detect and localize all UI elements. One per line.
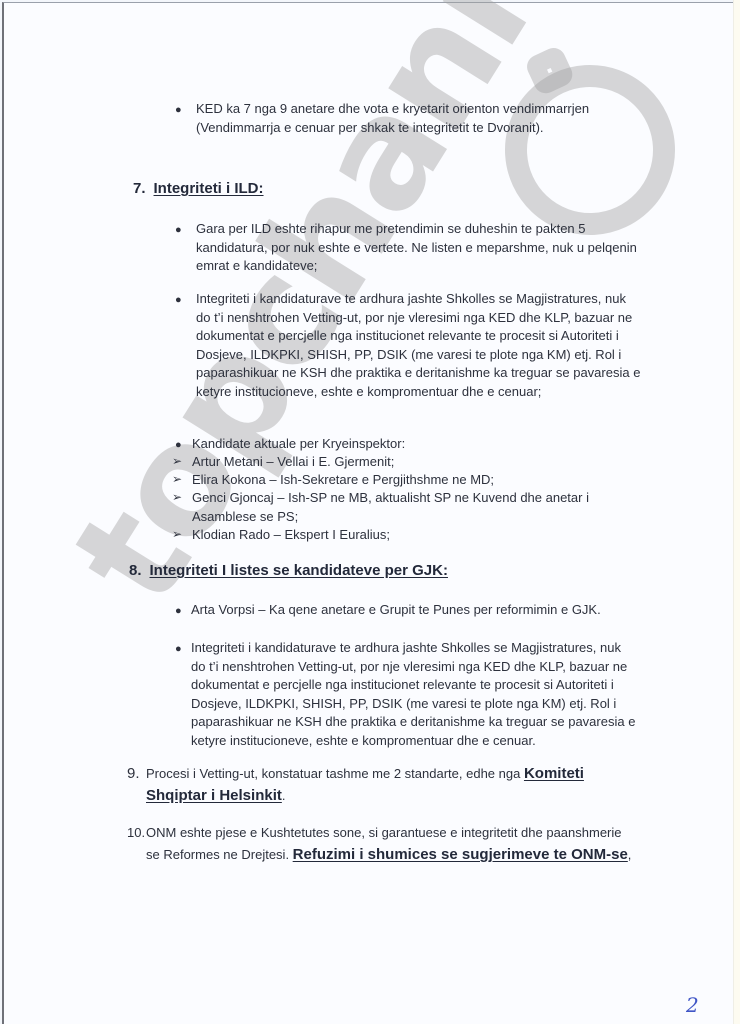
bullet-icon: ●: [175, 104, 182, 116]
text-line: Kandidate aktuale per Kryeinspektor:: [192, 435, 405, 454]
text-line: (Vendimmarrja e cenuar per shkak te inte…: [196, 119, 589, 138]
section-8-heading: 8.Integriteti I listes se kandidateve pe…: [129, 562, 448, 579]
section-9-text: Procesi i Vetting-ut, konstatuar tashme …: [146, 766, 524, 781]
text-line: Genci Gjoncaj – Ish-SP ne MB, aktualisht…: [192, 489, 589, 508]
intro-bullet-text: KED ka 7 nga 9 anetare dhe vota e kryeta…: [196, 100, 589, 137]
text-line: Elira Kokona – Ish-Sekretare e Pergjiths…: [192, 471, 494, 490]
text-line: Arta Vorpsi – Ka qene anetare e Grupit t…: [191, 601, 601, 620]
arrow-bullet-icon: ➢: [172, 472, 182, 486]
bullet-icon: ●: [175, 439, 182, 451]
section-10-text: ONM eshte pjese e Kushtetutes sone, si g…: [146, 825, 622, 840]
text-line: dokumentat e percjelle nga institucionet…: [191, 676, 635, 695]
text-line: Gara per ILD eshte rihapur me pretendimi…: [196, 220, 637, 239]
text-line: paparashikuar ne KSH dhe praktika e deri…: [196, 364, 640, 383]
section-9-text-end: .: [282, 788, 286, 803]
section-7-bullet-2: Integriteti i kandidaturave te ardhura j…: [196, 290, 640, 402]
text-line: Asamblese se PS;: [192, 508, 589, 527]
text-line: ketyre institucioneve, eshte e kompromen…: [191, 732, 635, 751]
text-line: ketyre institucioneve, eshte e kompromen…: [196, 383, 640, 402]
bullet-icon: ●: [175, 643, 182, 655]
section-8-bullet-2: Integriteti i kandidaturave te ardhura j…: [191, 639, 635, 751]
arrow-bullet-icon: ➢: [172, 454, 182, 468]
section-title: Integriteti I listes se kandidateve per …: [150, 562, 448, 579]
text-line: Artur Metani – Vellai i E. Gjermenit;: [192, 453, 394, 472]
candidate-item: Artur Metani – Vellai i E. Gjermenit;: [192, 453, 394, 472]
bullet-icon: ●: [175, 294, 182, 306]
section-title: Integriteti i ILD:: [154, 180, 264, 197]
text-line: do t’i nenshtrohen Vetting-ut, por nje v…: [196, 309, 640, 328]
section-7-heading: 7.Integriteti i ILD:: [133, 180, 264, 197]
text-line: kandidatura, por nuk eshte e vertete. Ne…: [196, 239, 637, 258]
bullet-icon: ●: [175, 224, 182, 236]
section-9: 9. Procesi i Vetting-ut, konstatuar tash…: [127, 763, 597, 807]
section-9-emphasis: Shqiptar i Helsinkit: [146, 787, 282, 804]
candidate-item: Elira Kokona – Ish-Sekretare e Pergjiths…: [192, 471, 494, 490]
text-line: dokumentat e percjelle nga institucionet…: [196, 327, 640, 346]
page-edge: [733, 0, 740, 1024]
bullet-icon: ●: [175, 605, 182, 617]
arrow-bullet-icon: ➢: [172, 527, 182, 541]
text-line: Integriteti i kandidaturave te ardhura j…: [191, 639, 635, 658]
text-line: KED ka 7 nga 9 anetare dhe vota e kryeta…: [196, 100, 589, 119]
section-number: 9.: [127, 763, 140, 785]
candidate-item: Klodian Rado – Ekspert I Euralius;: [192, 526, 390, 545]
section-10-text-end: ,: [628, 847, 632, 862]
section-10-text: se Reformes ne Drejtesi.: [146, 847, 293, 862]
section-7-bullet-3: Kandidate aktuale per Kryeinspektor:: [192, 435, 405, 454]
section-10-emphasis: Refuzimi i shumices se sugjerimeve te ON…: [293, 846, 628, 863]
section-number: 8.: [129, 562, 142, 579]
section-9-emphasis: Komiteti: [524, 765, 584, 782]
text-line: emrat e kandidateve;: [196, 257, 637, 276]
section-10: 10. ONM eshte pjese e Kushtetutes sone, …: [127, 822, 647, 866]
text-line: paparashikuar ne KSH dhe praktika e deri…: [191, 713, 635, 732]
text-line: Klodian Rado – Ekspert I Euralius;: [192, 526, 390, 545]
text-line: Integriteti i kandidaturave te ardhura j…: [196, 290, 640, 309]
arrow-bullet-icon: ➢: [172, 490, 182, 504]
text-line: Dosjeve, ILDKPKI, SHISH, PP, DSIK (me va…: [191, 695, 635, 714]
section-8-bullet-1: Arta Vorpsi – Ka qene anetare e Grupit t…: [191, 601, 601, 620]
section-number: 10.: [127, 822, 145, 844]
candidate-item: Genci Gjoncaj – Ish-SP ne MB, aktualisht…: [192, 489, 589, 526]
text-line: Dosjeve, ILDKPKI, SHISH, PP, DSIK (me va…: [196, 346, 640, 365]
page-number: 2: [686, 993, 699, 1017]
text-line: do t’i nenshtrohen Vetting-ut, por nje v…: [191, 658, 635, 677]
section-7-bullet-1: Gara per ILD eshte rihapur me pretendimi…: [196, 220, 637, 276]
section-number: 7.: [133, 180, 146, 197]
